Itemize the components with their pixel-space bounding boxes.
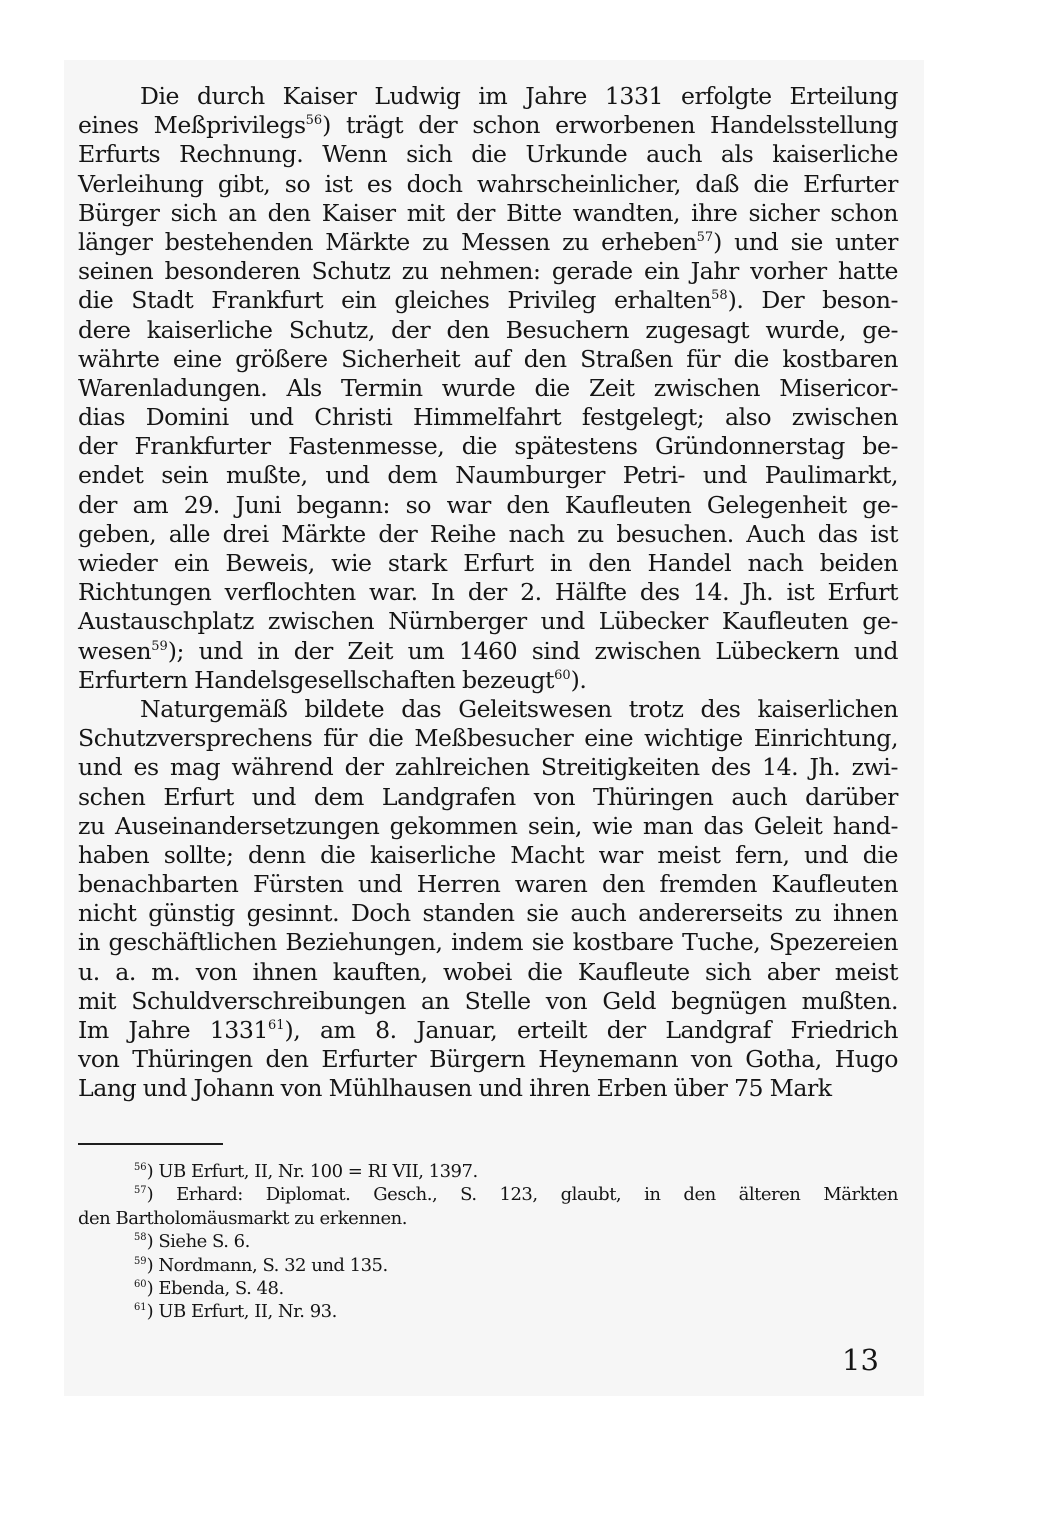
footnote-number: 60 xyxy=(134,1279,147,1290)
text-line: länger bestehenden Märkte zu Messen zu e… xyxy=(78,228,898,257)
text-line: nicht günstig gesinnt. Doch standen sie … xyxy=(78,899,898,928)
footnote: 60) Ebenda, S. 48. xyxy=(78,1277,898,1300)
footnote-reference: 56 xyxy=(306,113,323,128)
text-line: seinen besonderen Schutz zu nehmen: gera… xyxy=(78,257,898,286)
text-line: Die durch Kaiser Ludwig im Jahre 1331 er… xyxy=(78,82,898,111)
text-line: schen Erfurt und dem Landgrafen von Thür… xyxy=(78,783,898,812)
footnotes: 56) UB Erfurt, II, Nr. 100 = RI VII, 139… xyxy=(78,1160,898,1324)
footnote-separator xyxy=(78,1143,223,1145)
text-line: Im Jahre 133161), am 8. Januar, erteilt … xyxy=(78,1016,898,1045)
footnote-number: 58 xyxy=(134,1232,147,1243)
footnote-number: 56 xyxy=(134,1162,147,1173)
text-line: währte eine größere Sicherheit auf den S… xyxy=(78,345,898,374)
text-line: zu Auseinandersetzungen gekommen sein, w… xyxy=(78,812,898,841)
page-body: Die durch Kaiser Ludwig im Jahre 1331 er… xyxy=(78,82,898,1104)
footnote-reference: 57 xyxy=(697,230,714,245)
paragraph: Die durch Kaiser Ludwig im Jahre 1331 er… xyxy=(78,82,898,695)
text-line: Warenladungen. Als Termin wurde die Zeit… xyxy=(78,374,898,403)
text-line: mit Schuldverschreibungen an Stelle von … xyxy=(78,987,898,1016)
text-line: in geschäftlichen Beziehungen, indem sie… xyxy=(78,928,898,957)
text-line: endet sein mußte, und dem Naumburger Pet… xyxy=(78,461,898,490)
text-line: die Stadt Frankfurt ein gleiches Privile… xyxy=(78,286,898,315)
text-line: benachbarten Fürsten und Herren waren de… xyxy=(78,870,898,899)
text-line: dere kaiserliche Schutz, der den Besuche… xyxy=(78,316,898,345)
text-line: und es mag während der zahlreichen Strei… xyxy=(78,753,898,782)
footnote-reference: 58 xyxy=(711,288,728,303)
footnote-continuation: den Bartholomäusmarkt zu erkennen. xyxy=(78,1207,898,1230)
text-line: Verleihung gibt, so ist es doch wahrsche… xyxy=(78,170,898,199)
text-line: der Frankfurter Fastenmesse, die spätest… xyxy=(78,432,898,461)
text-line: von Thüringen den Erfurter Bürgern Heyne… xyxy=(78,1045,898,1074)
text-line: Austauschplatz zwischen Nürnberger und L… xyxy=(78,607,898,636)
text-line: Naturgemäß bildete das Geleitswesen trot… xyxy=(78,695,898,724)
text-line: wesen59); und in der Zeit um 1460 sind z… xyxy=(78,637,898,666)
text-line: u. a. m. von ihnen kauften, wobei die Ka… xyxy=(78,958,898,987)
text-line: Bürger sich an den Kaiser mit der Bitte … xyxy=(78,199,898,228)
text-line: eines Meßprivilegs56) trägt der schon er… xyxy=(78,111,898,140)
footnote: 59) Nordmann, S. 32 und 135. xyxy=(78,1254,898,1277)
main-text: Die durch Kaiser Ludwig im Jahre 1331 er… xyxy=(78,82,898,1104)
text-line: Lang und Johann von Mühlhausen und ihren… xyxy=(78,1074,898,1103)
text-line: wieder ein Beweis, wie stark Erfurt in d… xyxy=(78,549,898,578)
text-line: Richtungen verflochten war. In der 2. Hä… xyxy=(78,578,898,607)
footnote-reference: 60 xyxy=(554,668,571,683)
text-line: haben sollte; denn die kaiserliche Macht… xyxy=(78,841,898,870)
footnote: 58) Siehe S. 6. xyxy=(78,1230,898,1253)
text-line: dias Domini und Christi Himmelfahrt fest… xyxy=(78,403,898,432)
text-line: Schutzversprechens für die Meßbesucher e… xyxy=(78,724,898,753)
footnote-number: 57 xyxy=(134,1185,147,1196)
footnote: 57) Erhard: Diplomat. Gesch., S. 123, gl… xyxy=(78,1183,898,1206)
footnote-number: 61 xyxy=(134,1302,147,1313)
page-number: 13 xyxy=(842,1343,879,1377)
footnote: 56) UB Erfurt, II, Nr. 100 = RI VII, 139… xyxy=(78,1160,898,1183)
footnote-reference: 61 xyxy=(268,1018,285,1033)
text-line: Erfurtern Handelsgesellschaften bezeugt6… xyxy=(78,666,898,695)
footnote-number: 59 xyxy=(134,1256,147,1267)
text-line: geben, alle drei Märkte der Reihe nach z… xyxy=(78,520,898,549)
text-line: Erfurts Rechnung. Wenn sich die Urkunde … xyxy=(78,140,898,169)
text-line: der am 29. Juni begann: so war den Kaufl… xyxy=(78,491,898,520)
paragraph: Naturgemäß bildete das Geleitswesen trot… xyxy=(78,695,898,1104)
footnote: 61) UB Erfurt, II, Nr. 93. xyxy=(78,1300,898,1323)
footnote-reference: 59 xyxy=(151,638,168,653)
